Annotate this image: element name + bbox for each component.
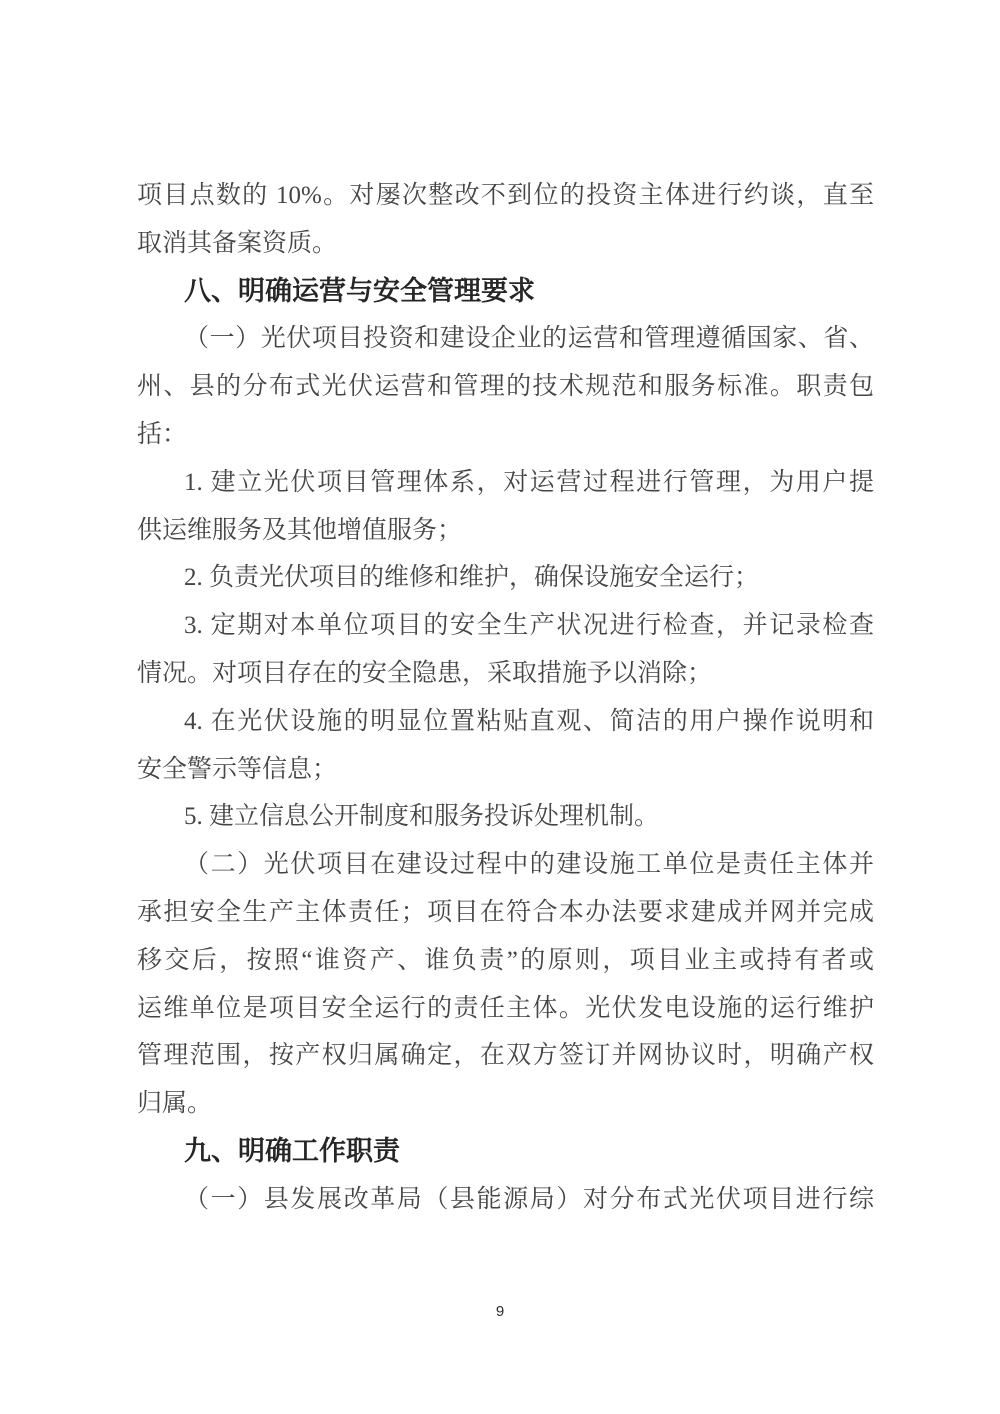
page-number: 9 [0,1303,1000,1320]
text-line: 管理范围，按产权归属确定，在双方签订并网协议时，明确产权 [137,1032,874,1080]
text-line: （二）光伏项目在建设过程中的建设施工单位是责任主体并 [137,841,874,889]
text-line: （一）光伏项目投资和建设企业的运营和管理遵循国家、省、 [137,315,874,363]
text-line: 安全警示等信息； [137,746,874,794]
text-line: 州、县的分布式光伏运营和管理的技术规范和服务标准。职责包 [137,363,874,411]
text-line: 运维单位是项目安全运行的责任主体。光伏发电设施的运行维护 [137,985,874,1033]
text-line: （一）县发展改革局（县能源局）对分布式光伏项目进行综 [137,1176,874,1224]
document-page: 项目点数的 10%。对屡次整改不到位的投资主体进行约谈，直至取消其备案资质。八、… [0,0,1000,1414]
text-line: 供运维服务及其他增值服务； [137,507,874,555]
text-line: 取消其备案资质。 [137,220,874,268]
text-line: 4. 在光伏设施的明显位置粘贴直观、简洁的用户操作说明和 [137,698,874,746]
text-line: 5. 建立信息公开制度和服务投诉处理机制。 [137,793,874,841]
text-line: 括： [137,411,874,459]
text-line: 1. 建立光伏项目管理体系，对运营过程进行管理，为用户提 [137,459,874,507]
text-line: 2. 负责光伏项目的维修和维护，确保设施安全运行； [137,554,874,602]
text-line: 移交后，按照“谁资产、谁负责”的原则，项目业主或持有者或 [137,937,874,985]
section-heading: 九、明确工作职责 [137,1128,874,1176]
text-line: 情况。对项目存在的安全隐患，采取措施予以消除； [137,650,874,698]
text-line: 3. 定期对本单位项目的安全生产状况进行检查，并记录检查 [137,602,874,650]
text-line: 归属。 [137,1080,874,1128]
document-body: 项目点数的 10%。对屡次整改不到位的投资主体进行约谈，直至取消其备案资质。八、… [137,172,874,1224]
text-line: 项目点数的 10%。对屡次整改不到位的投资主体进行约谈，直至 [137,172,874,220]
text-line: 承担安全生产主体责任；项目在符合本办法要求建成并网并完成 [137,889,874,937]
section-heading: 八、明确运营与安全管理要求 [137,268,874,316]
